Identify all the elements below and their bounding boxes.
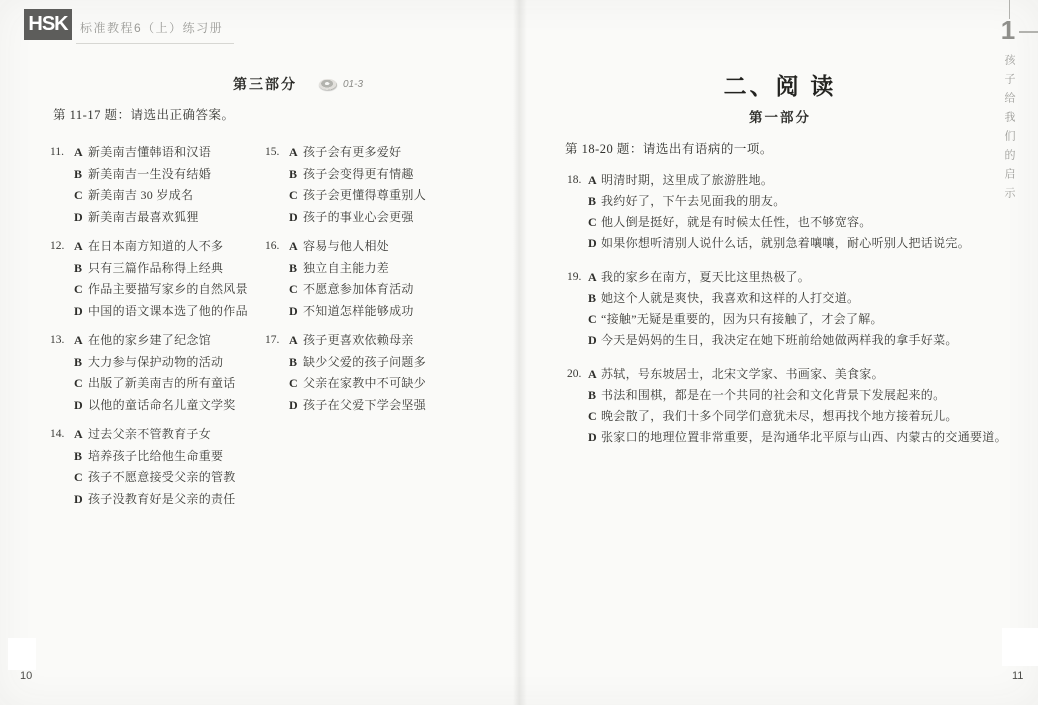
option-letter: B: [588, 385, 601, 406]
chapter-tab-dash: [1019, 31, 1038, 33]
hsk-logo: HSK: [24, 9, 72, 40]
question-number: 16.: [265, 236, 289, 258]
option-text: 独立自主能力差: [303, 258, 477, 280]
question-16: 16.A容易与他人相处 B独立自主能力差 C不愿意参加体育活动 D不知道怎样能够…: [265, 236, 477, 322]
question-12: 12.A在日本南方知道的人不多 B只有三篇作品称得上经典 C作品主要描写家乡的自…: [50, 236, 262, 322]
option-letter: D: [289, 207, 303, 229]
option-text: 晚会散了，我们十多个同学们意犹未尽，想再找个地方接着玩儿。: [601, 406, 1017, 427]
option-line: 16.A容易与他人相处: [265, 236, 477, 258]
option-line: 19.A我的家乡在南方，夏天比这里热极了。: [567, 267, 1017, 288]
option-letter: B: [289, 352, 303, 374]
option-text: 中国的语文课本选了他的作品: [88, 301, 262, 323]
option-text: 张家口的地理位置非常重要，是沟通华北平原与山西、内蒙古的交通要道。: [601, 427, 1017, 448]
book-spread: HSK 标准教程6（上）练习册 第三部分 01-3 第 11-17 题：请选出正…: [0, 0, 1038, 705]
section-title: 第三部分: [233, 74, 297, 94]
question-number: 20.: [567, 364, 588, 385]
option-text: 在日本南方知道的人不多: [88, 236, 262, 258]
option-line: B书法和围棋，都是在一个共同的社会和文化背景下发展起来的。: [567, 385, 1017, 406]
question-11: 11.A新美南吉懂韩语和汉语 B新美南吉一生没有结婚 C新美南吉 30 岁成名 …: [50, 142, 262, 228]
option-text: 新美南吉一生没有结婚: [88, 164, 262, 186]
question-column-1: 11.A新美南吉懂韩语和汉语 B新美南吉一生没有结婚 C新美南吉 30 岁成名 …: [50, 142, 262, 518]
option-letter: B: [74, 164, 88, 186]
option-text: 容易与他人相处: [303, 236, 477, 258]
page-corner-left: [8, 638, 36, 670]
option-text: 新美南吉懂韩语和汉语: [88, 142, 262, 164]
option-letter: D: [588, 427, 601, 448]
option-line: D孩子的事业心会更强: [265, 207, 477, 229]
question-column-right: 18.A明清时期，这里成了旅游胜地。 B我约好了，下午去见面我的朋友。 C他人倒…: [567, 170, 1017, 461]
option-text: 培养孩子比给他生命重要: [88, 446, 262, 468]
option-text: 孩子会变得更有情趣: [303, 164, 477, 186]
option-letter: A: [588, 170, 601, 191]
option-letter: D: [289, 395, 303, 417]
option-text: “接触”无疑是重要的，因为只有接触了，才会了解。: [601, 309, 1017, 330]
question-number: 14.: [50, 424, 74, 446]
option-line: C新美南吉 30 岁成名: [50, 185, 262, 207]
question-14: 14.A过去父亲不管教育子女 B培养孩子比给他生命重要 C孩子不愿意接受父亲的管…: [50, 424, 262, 510]
option-text: 大力参与保护动物的活动: [88, 352, 262, 374]
option-text: 过去父亲不管教育子女: [88, 424, 262, 446]
header-rule: [76, 43, 234, 44]
option-letter: D: [289, 301, 303, 323]
option-text: 不愿意参加体育活动: [303, 279, 477, 301]
question-18: 18.A明清时期，这里成了旅游胜地。 B我约好了，下午去见面我的朋友。 C他人倒…: [567, 170, 1017, 254]
option-letter: C: [74, 185, 88, 207]
option-letter: B: [588, 288, 601, 309]
left-instruction: 第 11-17 题：请选出正确答案。: [53, 105, 234, 123]
option-line: B独立自主能力差: [265, 258, 477, 280]
option-letter: B: [289, 258, 303, 280]
option-text: 以他的童话命名儿童文学奖: [88, 395, 262, 417]
option-line: D孩子在父爱下学会坚强: [265, 395, 477, 417]
option-text: 孩子在父爱下学会坚强: [303, 395, 477, 417]
option-text: 出版了新美南吉的所有童话: [88, 373, 262, 395]
option-text: 孩子更喜欢依赖母亲: [303, 330, 477, 352]
option-line: D以他的童话命名儿童文学奖: [50, 395, 262, 417]
option-letter: B: [74, 258, 88, 280]
right-instruction: 第 18-20 题：请选出有语病的一项。: [565, 139, 773, 157]
option-text: 孩子不愿意接受父亲的管教: [88, 467, 262, 489]
option-line: B孩子会变得更有情趣: [265, 164, 477, 186]
option-letter: A: [74, 236, 88, 258]
question-number: 17.: [265, 330, 289, 352]
option-text: 明清时期，这里成了旅游胜地。: [601, 170, 1017, 191]
option-line: B她这个人就是爽快，我喜欢和这样的人打交道。: [567, 288, 1017, 309]
option-line: 18.A明清时期，这里成了旅游胜地。: [567, 170, 1017, 191]
option-line: 14.A过去父亲不管教育子女: [50, 424, 262, 446]
option-text: 孩子没教育好是父亲的责任: [88, 489, 262, 511]
chapter-number: 1: [996, 15, 1020, 45]
option-text: 不知道怎样能够成功: [303, 301, 477, 323]
option-letter: A: [588, 267, 601, 288]
option-line: D今天是妈妈的生日，我决定在她下班前给她做两样我的拿手好菜。: [567, 330, 1017, 351]
option-line: B培养孩子比给他生命重要: [50, 446, 262, 468]
option-letter: A: [289, 142, 303, 164]
option-letter: B: [74, 446, 88, 468]
option-letter: A: [588, 364, 601, 385]
page-corner-right: [1002, 628, 1038, 666]
option-text: 如果你想听清别人说什么话，就别急着嚷嚷，耐心听别人把话说完。: [601, 233, 1017, 254]
question-20: 20.A苏轼，号东坡居士，北宋文学家、书画家、美食家。 B书法和围棋，都是在一个…: [567, 364, 1017, 448]
question-13: 13.A在他的家乡建了纪念馆 B大力参与保护动物的活动 C出版了新美南吉的所有童…: [50, 330, 262, 416]
option-letter: C: [74, 467, 88, 489]
hsk-logo-text: HSK: [28, 13, 67, 36]
option-letter: A: [289, 236, 303, 258]
option-line: B我约好了，下午去见面我的朋友。: [567, 191, 1017, 212]
option-text: 父亲在家教中不可缺少: [303, 373, 477, 395]
option-letter: C: [588, 212, 601, 233]
option-line: 17.A孩子更喜欢依赖母亲: [265, 330, 477, 352]
option-line: B新美南吉一生没有结婚: [50, 164, 262, 186]
option-line: D张家口的地理位置非常重要，是沟通华北平原与山西、内蒙古的交通要道。: [567, 427, 1017, 448]
option-letter: A: [289, 330, 303, 352]
option-line: D中国的语文课本选了他的作品: [50, 301, 262, 323]
option-line: C父亲在家教中不可缺少: [265, 373, 477, 395]
question-number: 13.: [50, 330, 74, 352]
option-text: 他人倒是挺好，就是有时候太任性，也不够宽容。: [601, 212, 1017, 233]
option-text: 孩子的事业心会更强: [303, 207, 477, 229]
option-letter: C: [588, 309, 601, 330]
option-line: C作品主要描写家乡的自然风景: [50, 279, 262, 301]
option-line: C晚会散了，我们十多个同学们意犹未尽，想再找个地方接着玩儿。: [567, 406, 1017, 427]
option-letter: C: [289, 373, 303, 395]
option-letter: D: [588, 233, 601, 254]
option-text: 新美南吉最喜欢狐狸: [88, 207, 262, 229]
reading-section-heading: 二、阅 读: [550, 68, 1010, 101]
option-letter: C: [289, 279, 303, 301]
option-line: C孩子会更懂得尊重别人: [265, 185, 477, 207]
option-line: 15.A孩子会有更多爱好: [265, 142, 477, 164]
option-line: D如果你想听清别人说什么话，就别急着嚷嚷，耐心听别人把话说完。: [567, 233, 1017, 254]
option-text: 今天是妈妈的生日，我决定在她下班前给她做两样我的拿手好菜。: [601, 330, 1017, 351]
question-number: 12.: [50, 236, 74, 258]
option-text: 孩子会有更多爱好: [303, 142, 477, 164]
option-text: 新美南吉 30 岁成名: [88, 185, 262, 207]
question-19: 19.A我的家乡在南方，夏天比这里热极了。 B她这个人就是爽快，我喜欢和这样的人…: [567, 267, 1017, 351]
option-line: D孩子没教育好是父亲的责任: [50, 489, 262, 511]
option-text: 苏轼，号东坡居士，北宋文学家、书画家、美食家。: [601, 364, 1017, 385]
option-text: 在他的家乡建了纪念馆: [88, 330, 262, 352]
option-line: C“接触”无疑是重要的，因为只有接触了，才会了解。: [567, 309, 1017, 330]
book-title: 标准教程6（上）练习册: [80, 19, 223, 36]
option-text: 作品主要描写家乡的自然风景: [88, 279, 262, 301]
option-line: C孩子不愿意接受父亲的管教: [50, 467, 262, 489]
option-line: D新美南吉最喜欢狐狸: [50, 207, 262, 229]
option-letter: D: [74, 207, 88, 229]
option-letter: D: [588, 330, 601, 351]
option-line: B只有三篇作品称得上经典: [50, 258, 262, 280]
option-line: D不知道怎样能够成功: [265, 301, 477, 323]
option-letter: D: [74, 301, 88, 323]
option-line: B大力参与保护动物的活动: [50, 352, 262, 374]
option-text: 她这个人就是爽快，我喜欢和这样的人打交道。: [601, 288, 1017, 309]
option-letter: C: [74, 373, 88, 395]
option-text: 缺少父爱的孩子问题多: [303, 352, 477, 374]
option-line: C出版了新美南吉的所有童话: [50, 373, 262, 395]
option-letter: B: [74, 352, 88, 374]
option-text: 我约好了，下午去见面我的朋友。: [601, 191, 1017, 212]
option-letter: D: [74, 489, 88, 511]
option-text: 书法和围棋，都是在一个共同的社会和文化背景下发展起来的。: [601, 385, 1017, 406]
right-page-number: 11: [1012, 670, 1023, 682]
section-head: 第三部分 01-3: [233, 74, 363, 94]
page-gutter-shadow: [513, 0, 527, 705]
left-page-number: 10: [20, 670, 32, 682]
option-line: C不愿意参加体育活动: [265, 279, 477, 301]
question-number: 15.: [265, 142, 289, 164]
option-letter: C: [74, 279, 88, 301]
option-letter: A: [74, 142, 88, 164]
question-15: 15.A孩子会有更多爱好 B孩子会变得更有情趣 C孩子会更懂得尊重别人 D孩子的…: [265, 142, 477, 228]
question-number: 19.: [567, 267, 588, 288]
question-17: 17.A孩子更喜欢依赖母亲 B缺少父爱的孩子问题多 C父亲在家教中不可缺少 D孩…: [265, 330, 477, 416]
option-letter: B: [588, 191, 601, 212]
chapter-title-vertical: 孩子给我们的启示: [1001, 54, 1017, 206]
option-line: 13.A在他的家乡建了纪念馆: [50, 330, 262, 352]
option-line: C他人倒是挺好，就是有时候太任性，也不够宽容。: [567, 212, 1017, 233]
option-line: B缺少父爱的孩子问题多: [265, 352, 477, 374]
option-text: 我的家乡在南方，夏天比这里热极了。: [601, 267, 1017, 288]
question-number: 11.: [50, 142, 74, 164]
option-text: 孩子会更懂得尊重别人: [303, 185, 477, 207]
option-text: 只有三篇作品称得上经典: [88, 258, 262, 280]
question-number: 18.: [567, 170, 588, 191]
option-line: 11.A新美南吉懂韩语和汉语: [50, 142, 262, 164]
option-letter: A: [74, 330, 88, 352]
question-column-2: 15.A孩子会有更多爱好 B孩子会变得更有情趣 C孩子会更懂得尊重别人 D孩子的…: [265, 142, 477, 424]
part-one-heading: 第一部分: [550, 106, 1010, 126]
audio-track-label: 01-3: [343, 79, 363, 90]
option-letter: C: [289, 185, 303, 207]
option-letter: D: [74, 395, 88, 417]
option-letter: B: [289, 164, 303, 186]
option-letter: C: [588, 406, 601, 427]
option-line: 12.A在日本南方知道的人不多: [50, 236, 262, 258]
option-letter: A: [74, 424, 88, 446]
audio-disc-icon: [319, 79, 337, 90]
option-line: 20.A苏轼，号东坡居士，北宋文学家、书画家、美食家。: [567, 364, 1017, 385]
